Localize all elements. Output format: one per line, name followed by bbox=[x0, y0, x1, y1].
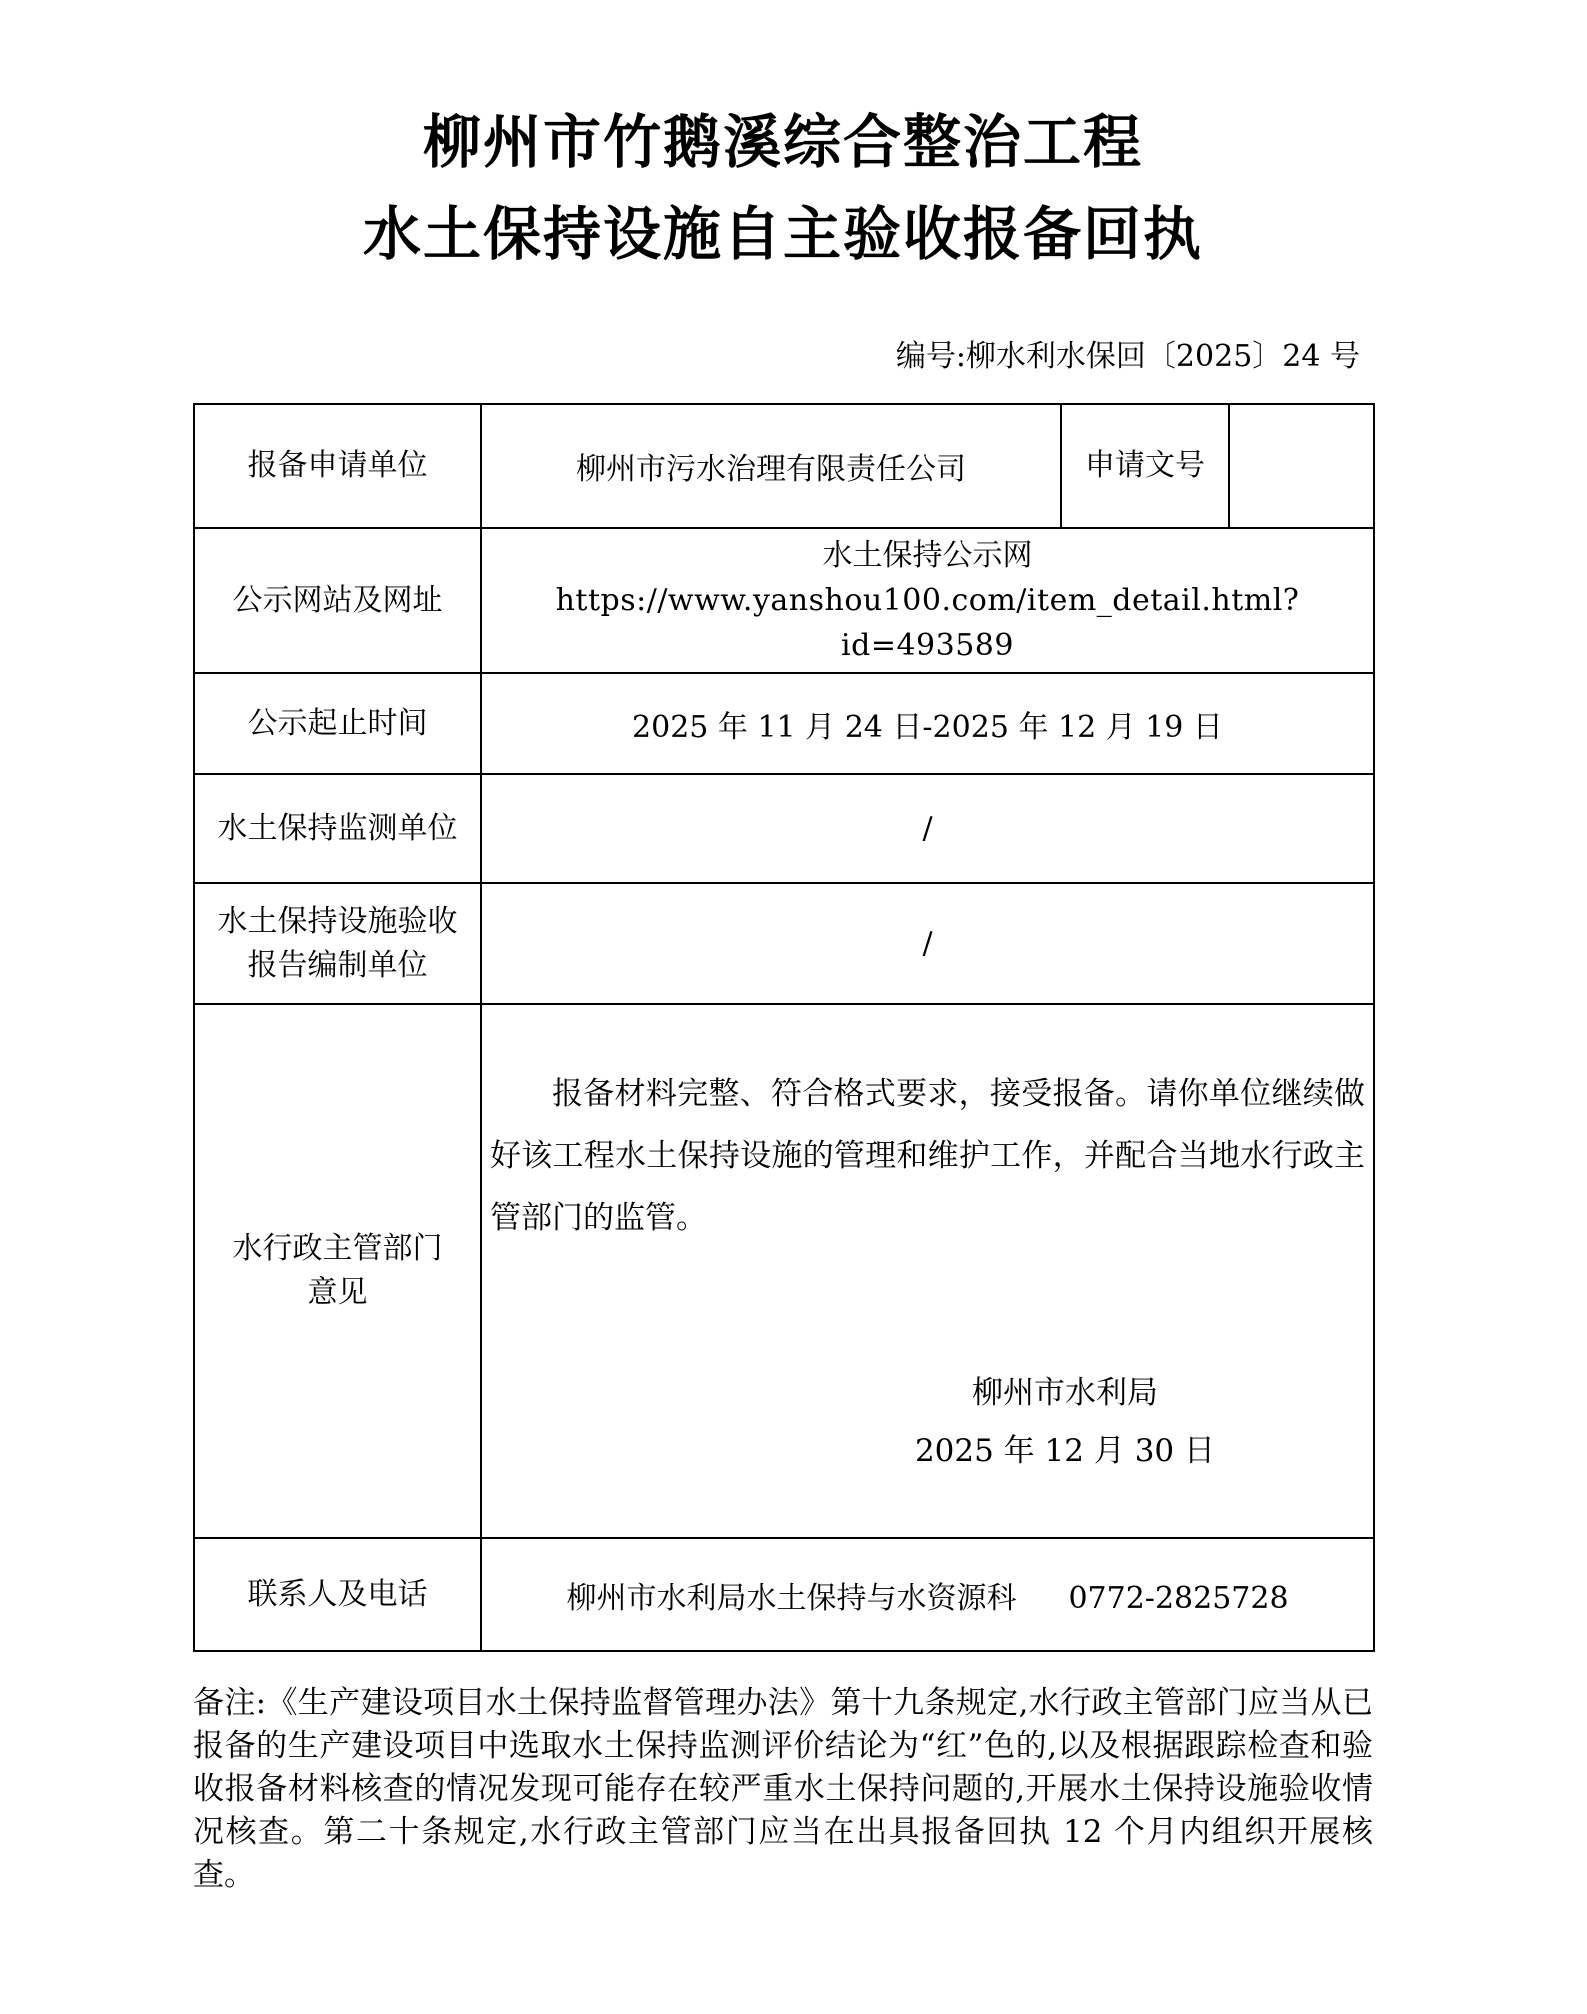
signature-block: 柳州市水利局 2025 年 12 月 30 日 bbox=[915, 1364, 1215, 1480]
table-row-authority-opinion: 水行政主管部门 意见 报备材料完整、符合格式要求，接受报备。请你单位继续做好该工… bbox=[194, 1004, 1374, 1538]
table-row-applicant: 报备申请单位 柳州市污水治理有限责任公司 申请文号 bbox=[194, 404, 1374, 528]
applicant-value: 柳州市污水治理有限责任公司 bbox=[481, 404, 1061, 528]
publicity-site-label: 公示网站及网址 bbox=[194, 528, 481, 673]
table-row-report-unit: 水土保持设施验收 报告编制单位 / bbox=[194, 883, 1374, 1004]
publicity-period-label: 公示起止时间 bbox=[194, 673, 481, 774]
document-title: 柳州市竹鹅溪综合整治工程 水土保持设施自主验收报备回执 bbox=[193, 96, 1373, 280]
table-row-monitoring-unit: 水土保持监测单位 / bbox=[194, 774, 1374, 883]
report-unit-value: / bbox=[481, 883, 1374, 1004]
contact-value: 柳州市水利局水土保持与水资源科0772-2825728 bbox=[566, 1581, 1288, 1616]
application-number-value bbox=[1229, 404, 1374, 528]
authority-opinion-label-line1: 水行政主管部门 bbox=[203, 1227, 472, 1271]
document-title-line2: 水土保持设施自主验收报备回执 bbox=[193, 188, 1373, 280]
publicity-period-value: 2025 年 11 月 24 日-2025 年 12 月 19 日 bbox=[481, 673, 1374, 774]
contact-label: 联系人及电话 bbox=[194, 1538, 481, 1651]
authority-opinion-cell: 报备材料完整、符合格式要求，接受报备。请你单位继续做好该工程水土保持设施的管理和… bbox=[481, 1004, 1374, 1538]
table-row-publicity-site: 公示网站及网址 水土保持公示网 https://www.yanshou100.c… bbox=[194, 528, 1374, 673]
receipt-form-table: 报备申请单位 柳州市污水治理有限责任公司 申请文号 公示网站及网址 水土保持公示… bbox=[193, 403, 1375, 1652]
document-number: 编号:柳水利水保回〔2025〕24 号 bbox=[193, 338, 1360, 376]
authority-opinion-label: 水行政主管部门 意见 bbox=[194, 1004, 481, 1538]
report-unit-label-line2: 报告编制单位 bbox=[203, 944, 472, 988]
report-unit-label: 水土保持设施验收 报告编制单位 bbox=[194, 883, 481, 1004]
authority-opinion-label-line2: 意见 bbox=[203, 1271, 472, 1315]
application-number-label: 申请文号 bbox=[1061, 404, 1229, 528]
publicity-site-value: 水土保持公示网 https://www.yanshou100.com/item_… bbox=[481, 528, 1374, 673]
monitoring-unit-label: 水土保持监测单位 bbox=[194, 774, 481, 883]
publicity-site-url: https://www.yanshou100.com/item_detail.h… bbox=[490, 578, 1365, 668]
contact-department: 柳州市水利局水土保持与水资源科 bbox=[566, 1581, 1016, 1616]
signature-org: 柳州市水利局 bbox=[915, 1364, 1215, 1422]
publicity-site-name: 水土保持公示网 bbox=[490, 533, 1365, 578]
contact-cell: 柳州市水利局水土保持与水资源科0772-2825728 bbox=[481, 1538, 1374, 1651]
table-row-publicity-period: 公示起止时间 2025 年 11 月 24 日-2025 年 12 月 19 日 bbox=[194, 673, 1374, 774]
report-unit-label-line1: 水土保持设施验收 bbox=[203, 900, 472, 944]
document-title-line1: 柳州市竹鹅溪综合整治工程 bbox=[193, 96, 1373, 188]
contact-phone: 0772-2825728 bbox=[1068, 1581, 1288, 1616]
applicant-label: 报备申请单位 bbox=[194, 404, 481, 528]
footnote: 备注:《生产建设项目水土保持监督管理办法》第十九条规定,水行政主管部门应当从已报… bbox=[193, 1682, 1373, 1897]
table-row-contact: 联系人及电话 柳州市水利局水土保持与水资源科0772-2825728 bbox=[194, 1538, 1374, 1651]
monitoring-unit-value: / bbox=[481, 774, 1374, 883]
signature-date: 2025 年 12 月 30 日 bbox=[915, 1422, 1215, 1480]
document-page: 柳州市竹鹅溪综合整治工程 水土保持设施自主验收报备回执 编号:柳水利水保回〔20… bbox=[0, 0, 1587, 2014]
authority-opinion-text: 报备材料完整、符合格式要求，接受报备。请你单位继续做好该工程水土保持设施的管理和… bbox=[490, 1063, 1365, 1249]
